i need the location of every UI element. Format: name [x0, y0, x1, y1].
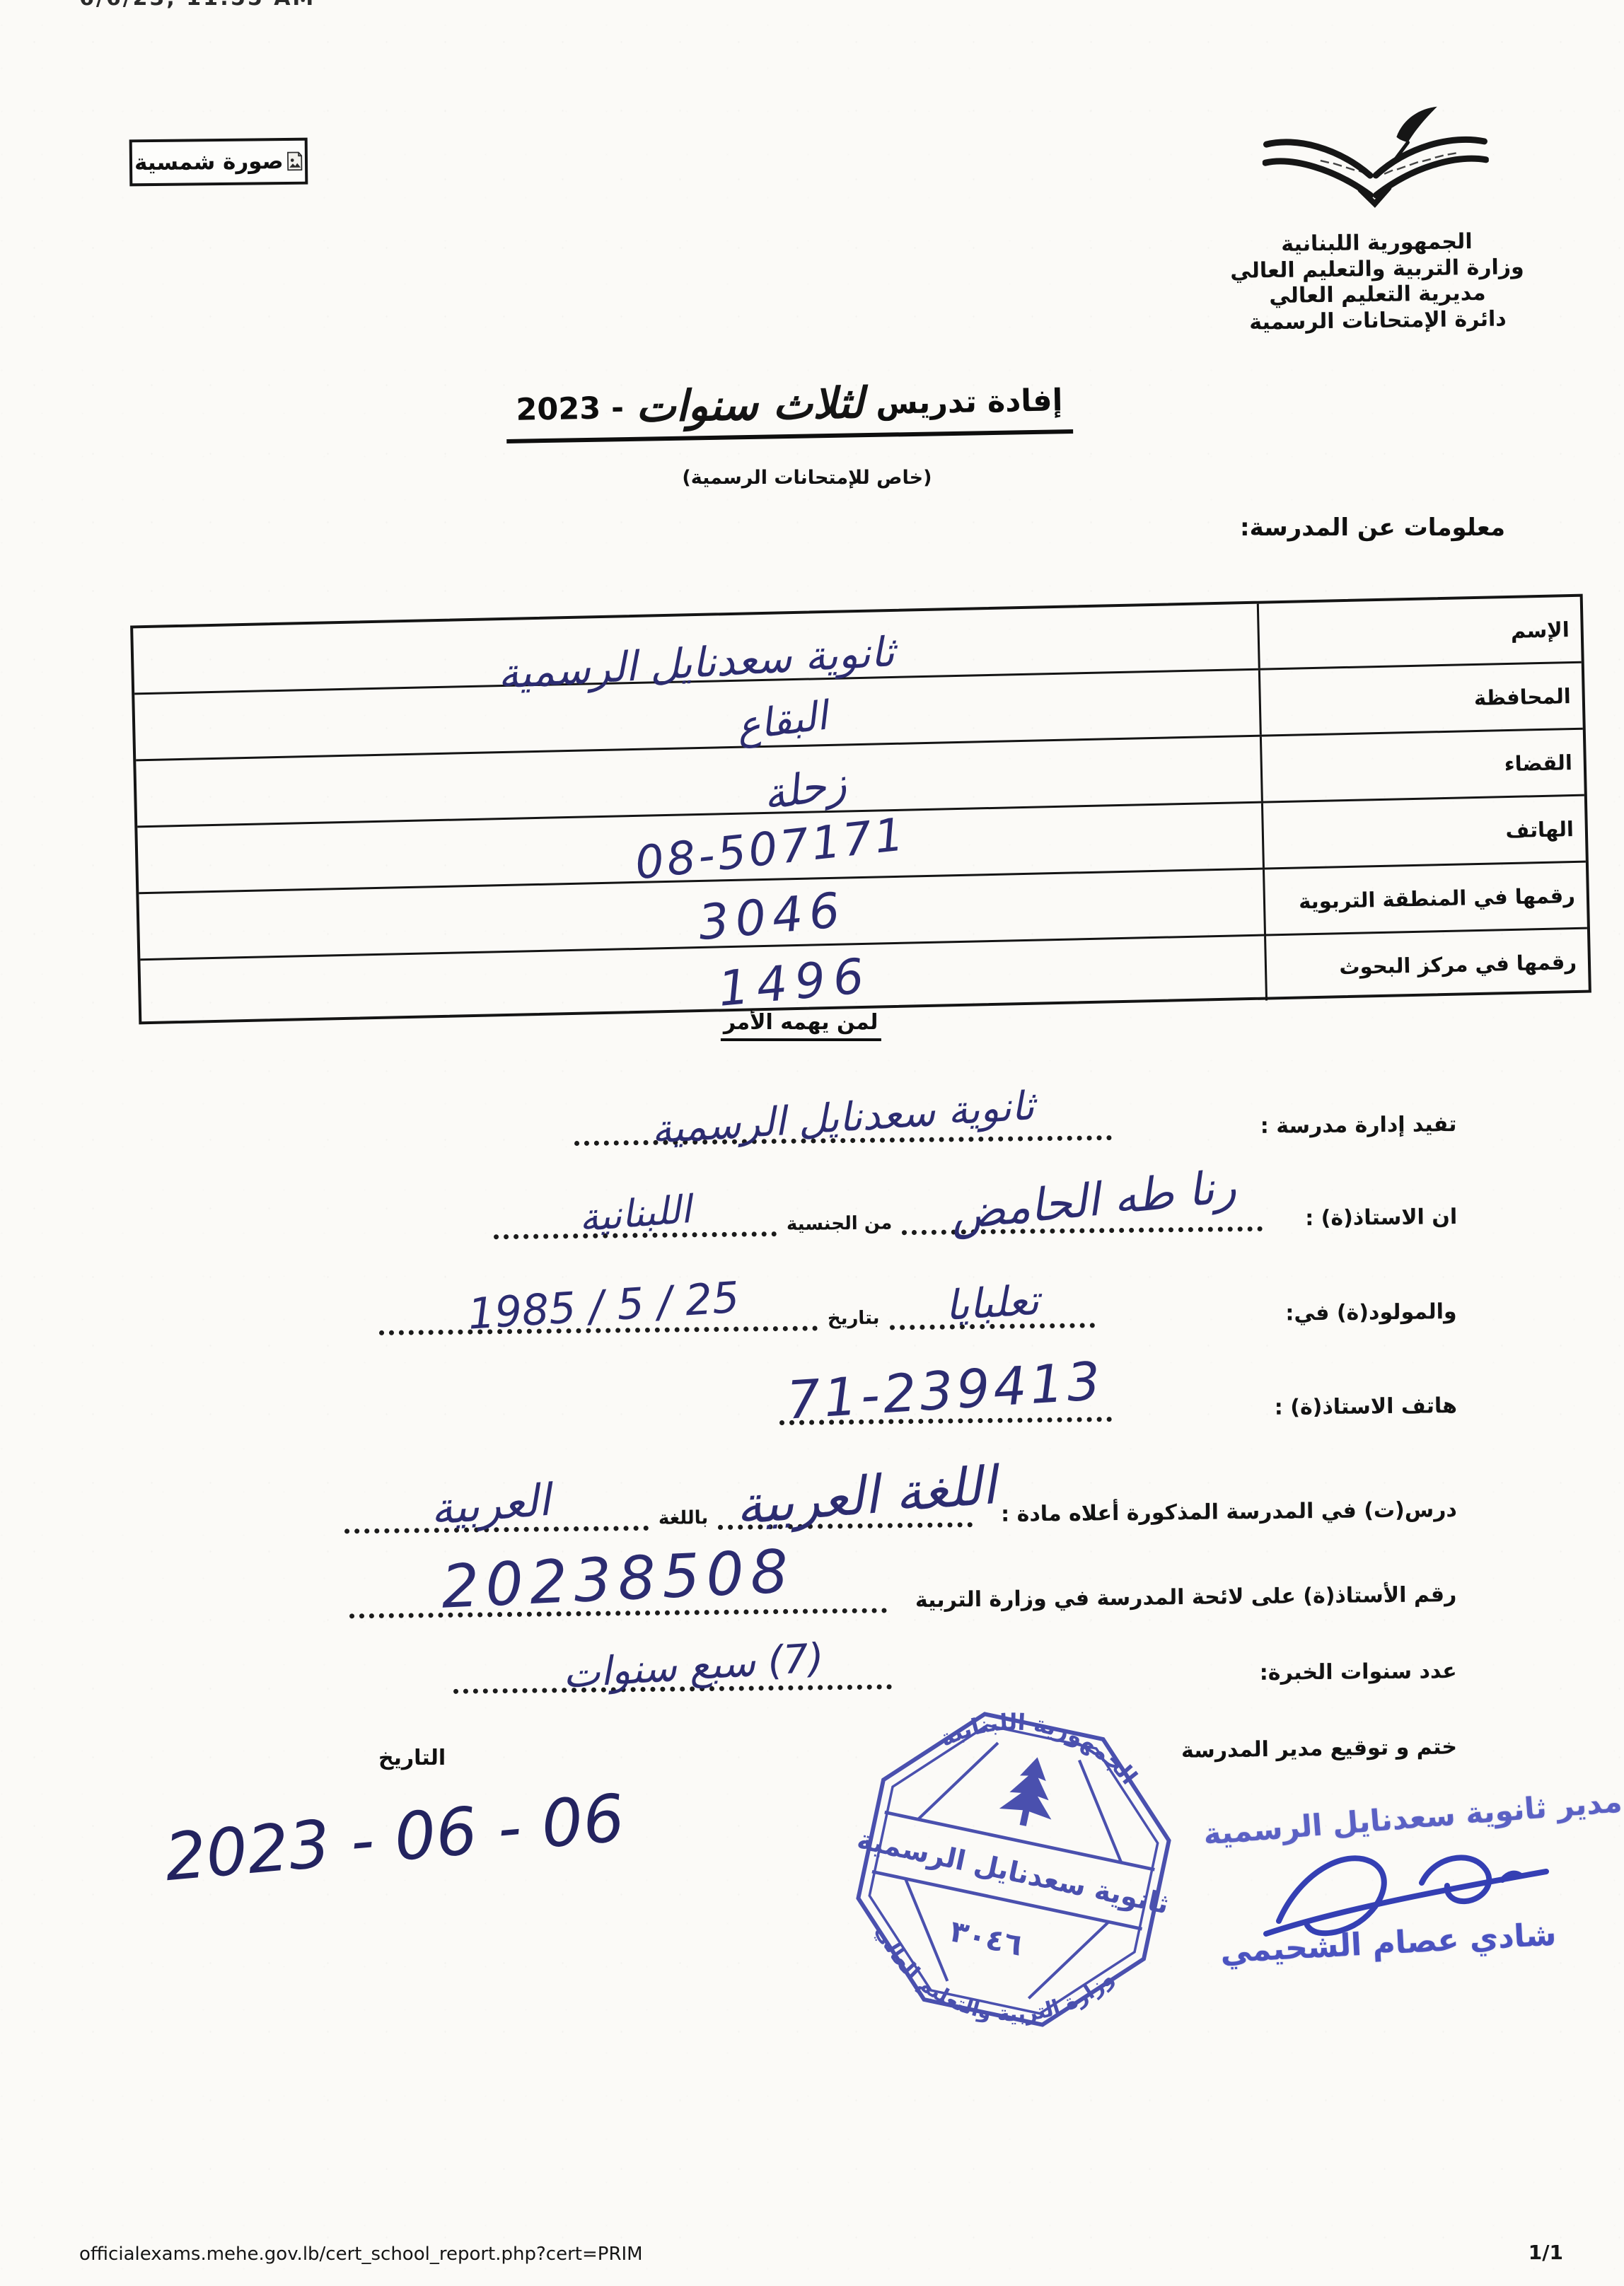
title-printed-prefix: إفادة تدريس	[876, 383, 1063, 422]
handwritten-school-admin: ثانوية سعدنايل الرسمية	[651, 1083, 1036, 1153]
handwritten-teacher-number: 20238508	[440, 1536, 796, 1622]
title-handwritten-part: لثلاث سنوات	[635, 378, 864, 432]
photo-box-label: صورة شمسية	[134, 149, 284, 175]
row-label-governorate: المحافظة	[1258, 663, 1583, 735]
handwritten-governorate: البقاع	[734, 693, 830, 750]
field-teacher-number: رقم الأستاذ(ة) على لائحة المدرسة في وزار…	[349, 1582, 1457, 1618]
birth-date-label: بتاريخ	[828, 1308, 880, 1330]
ministry-header: الجمهورية اللبنانية وزارة التربية والتعل…	[1198, 104, 1555, 337]
footer-url: officialexams.mehe.gov.lb/cert_school_re…	[79, 2244, 643, 2265]
school-admin-label: تفيد إدارة مدرسة :	[1260, 1112, 1457, 1139]
document-subtitle: (خاص للإمتحانات الرسمية)	[682, 467, 932, 489]
field-teacher-name: ان الاستاذ(ة) : رنا طه الحامض من الجنسية…	[493, 1205, 1457, 1239]
handwritten-teacher-name: رنا طه الحامض	[949, 1161, 1239, 1241]
print-timestamp: 6/6/23, 11:55 AM	[79, 0, 376, 28]
dotted-line: ثانوية سعدنايل الرسمية	[574, 1127, 1112, 1146]
to-whom-heading: لمن يهمه الأمر	[721, 1010, 881, 1041]
stamp-top-text: الجمهورية اللبنانية	[932, 1703, 1150, 1793]
header-line-department: دائرة الإمتحانات الرسمية	[1201, 306, 1555, 337]
svg-text:الجمهورية اللبنانية: الجمهورية اللبنانية	[932, 1703, 1150, 1793]
handwritten-experience: (7) سبع سنوات	[562, 1635, 825, 1698]
dotted-line: اللغة العربية	[718, 1514, 973, 1530]
header-line-ministry: وزارة التربية والتعليم العالي	[1200, 254, 1554, 285]
broken-image-icon	[286, 147, 303, 175]
handwritten-district-number: 3046	[696, 882, 848, 951]
stamp-signature-label: ختم و توقيع مدير المدرسة	[1181, 1734, 1458, 1763]
row-label-phone: الهاتف	[1261, 796, 1586, 868]
school-info-table: الإسم ثانوية سعدنايل الرسمية المحافظة ال…	[130, 594, 1591, 1025]
handwritten-subject: اللغة العربية	[733, 1455, 998, 1536]
footer-page-number: 1/1	[1529, 2241, 1563, 2264]
ministry-logo-book-quill-icon	[1262, 105, 1490, 228]
dotted-line: اللبنانية	[494, 1223, 777, 1239]
handwritten-language: العربية	[429, 1474, 552, 1535]
row-label-district: القضاء	[1260, 730, 1584, 801]
print-timestamp-text: 6/6/23, 11:55 AM	[79, 0, 376, 11]
dotted-line: العربية	[344, 1517, 649, 1534]
handwritten-birth-place: تعلبايا	[944, 1276, 1040, 1330]
born-label: والمولود(ة) في:	[1285, 1299, 1457, 1326]
row-label-district-number: رقمها في المنطقة التربوية	[1263, 863, 1587, 934]
field-teacher-phone: هاتف الاستاذ(ة) : 71-239413	[779, 1393, 1457, 1425]
dotted-line: 25 / 5 / 1985	[379, 1317, 818, 1335]
teacher-number-label: رقم الأستاذ(ة) على لائحة المدرسة في وزار…	[915, 1582, 1457, 1613]
handwritten-birth-date: 25 / 5 / 1985	[467, 1273, 741, 1340]
date-label: التاريخ	[378, 1746, 446, 1770]
handwritten-research-number: 1496	[716, 948, 874, 1018]
field-experience: عدد سنوات الخبرة: (7) سبع سنوات	[453, 1659, 1457, 1694]
subject-label: درس(ت) في المدرسة المذكورة أعلاه مادة :	[1001, 1497, 1457, 1527]
school-octagon-stamp: الجمهورية اللبنانية ثانوية سعدنايل الرسم…	[847, 1703, 1180, 2036]
row-label-name: الإسم	[1257, 597, 1582, 668]
field-subject: درس(ت) في المدرسة المذكورة أعلاه مادة : …	[344, 1497, 1457, 1533]
school-info-heading: معلومات عن المدرسة:	[1240, 514, 1505, 542]
nationality-label: من الجنسية	[786, 1212, 892, 1235]
teacher-phone-label: هاتف الاستاذ(ة) :	[1275, 1393, 1457, 1420]
dotted-line: 71-239413	[779, 1408, 1112, 1425]
dotted-line: تعلبايا	[890, 1314, 1095, 1330]
handwritten-nationality: اللبنانية	[577, 1187, 692, 1241]
handwritten-date: 2023 - 06 - 06	[162, 1780, 627, 1896]
title-printed-suffix: - 2023	[516, 390, 624, 428]
photo-placeholder-box: صورة شمسية	[129, 138, 308, 187]
dotted-line: 20238508	[349, 1599, 887, 1618]
experience-label: عدد سنوات الخبرة:	[1260, 1659, 1457, 1686]
field-birth-place: والمولود(ة) في: تعلبايا بتاريخ 25 / 5 / …	[379, 1299, 1457, 1335]
teacher-label: ان الاستاذ(ة) :	[1305, 1205, 1457, 1231]
cedar-tree-icon	[997, 1752, 1063, 1831]
scanned-document-page: 6/6/23, 11:55 AM صورة شمسية الجمهورية ال…	[0, 0, 1624, 2286]
document-title: إفادة تدريس لثلاث سنوات - 2023	[506, 371, 1073, 443]
handwritten-teacher-phone: 71-239413	[785, 1351, 1106, 1432]
language-label: باللغة	[659, 1507, 709, 1529]
field-school-admin: تفيد إدارة مدرسة : ثانوية سعدنايل الرسمي…	[574, 1112, 1457, 1146]
dotted-line: (7) سبع سنوات	[453, 1676, 892, 1693]
row-label-research-number: رقمها في مركز البحوث	[1264, 929, 1589, 1001]
dotted-line: رنا طه الحامض	[902, 1218, 1263, 1235]
stamp-number: ٣٠٤٦	[947, 1913, 1026, 1962]
